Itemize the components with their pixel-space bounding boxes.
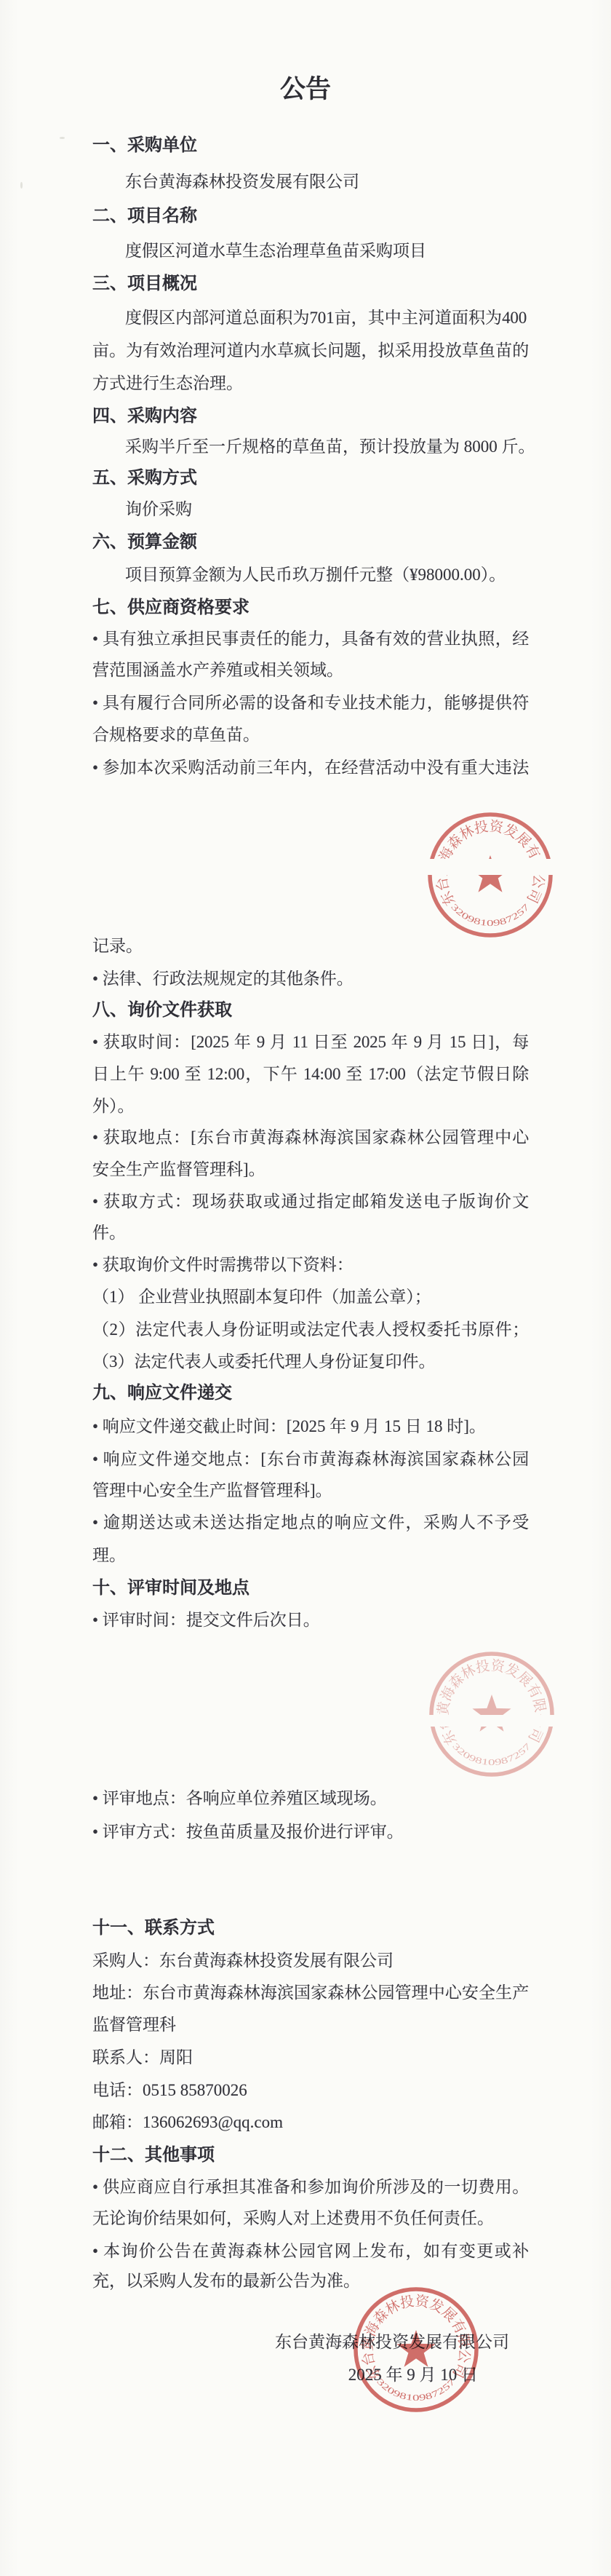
doc-line-39: • 逾期送达或未送达指定地点的响应文件，采购人不予受 xyxy=(92,1510,529,1537)
doc-line-33: （2）法定代表人身份证明或法定代表人授权委托书原件； xyxy=(92,1317,529,1344)
doc-line-26: 外）。 xyxy=(92,1094,135,1119)
doc-line-14: 项目预算金额为人民币玖万捌仟元整（¥98000.00）。 xyxy=(125,563,506,587)
doc-line-25: 日上午 9:00 至 12:00，下午 14:00 至 17:00（法定节假日除 xyxy=(92,1062,529,1088)
doc-line-56: 充，以采购人发布的最新公告为准。 xyxy=(92,2269,360,2294)
announcement-document: 公告一、采购单位东台黄海森林投资发展有限公司二、项目名称度假区河道水草生态治理草… xyxy=(0,0,611,2576)
doc-line-52: 十二、其他事项 xyxy=(92,2143,215,2168)
doc-line-34: （3）法定代表人或委托代理人身份证复印件。 xyxy=(92,1350,436,1374)
doc-line-45: 十一、联系方式 xyxy=(92,1916,215,1941)
doc-line-46: 采购人：东台黄海森林投资发展有限公司 xyxy=(92,1949,394,1973)
doc-line-53: • 供应商应自行承担其准备和参加询价所涉及的一切费用。 xyxy=(92,2175,529,2201)
doc-line-58: 2025 年 9 月 10 日 xyxy=(348,2363,478,2387)
page-title: 公告 xyxy=(0,74,611,106)
doc-line-5: 三、项目概况 xyxy=(92,272,197,296)
seal-ring xyxy=(430,815,551,935)
doc-line-37: • 响应文件递交地点：[东台市黄海森林海滨国家森林公园 xyxy=(92,1447,529,1473)
doc-line-3: 二、项目名称 xyxy=(92,204,197,229)
doc-line-29: • 获取方式：现场获取或通过指定邮箱发送电子版询价文 xyxy=(92,1189,529,1216)
doc-line-10: 采购半斤至一斤规格的草鱼苗，预计投放量为 8000 斤。 xyxy=(125,435,535,459)
scan-white-band-2 xyxy=(419,1715,566,1727)
svg-text:3209810987257: 3209810987257 xyxy=(450,1741,532,1767)
doc-line-12: 询价采购 xyxy=(125,497,192,522)
doc-line-47: 地址：东台市黄海森林海滨国家森林公园管理中心安全生产 xyxy=(92,1981,529,2007)
seal-company-text: 东台黄海森林投资发展有限公司 xyxy=(435,1658,548,1748)
doc-line-54: 无论询价结果如何，采购人对上述费用不负任何责任。 xyxy=(92,2206,494,2231)
doc-line-11: 五、采购方式 xyxy=(92,466,197,491)
doc-line-30: 件。 xyxy=(92,1221,126,1245)
doc-line-57: 东台黄海森林投资发展有限公司 xyxy=(275,2330,509,2355)
seal-code-text: 3209810987257 xyxy=(450,1741,532,1767)
svg-text:东台黄海森林投资发展有限公司: 东台黄海森林投资发展有限公司 xyxy=(435,1658,548,1748)
scan-white-band-1 xyxy=(418,859,564,875)
seal-code-text: 3209810987257 xyxy=(449,902,531,928)
doc-line-13: 六、预算金额 xyxy=(92,530,197,555)
doc-line-40: 理。 xyxy=(92,1543,126,1568)
doc-line-41: 十、评审时间及地点 xyxy=(92,1576,249,1601)
doc-line-1: 一、采购单位 xyxy=(92,133,197,158)
doc-line-15: 七、供应商资格要求 xyxy=(92,595,249,620)
doc-line-2: 东台黄海森林投资发展有限公司 xyxy=(125,170,359,194)
doc-line-50: 电话：0515 85870026 xyxy=(92,2078,247,2103)
doc-line-44: • 评审方式：按鱼苗质量及报价进行评审。 xyxy=(92,1820,404,1844)
doc-line-8: 方式进行生态治理。 xyxy=(92,371,243,396)
doc-line-35: 九、响应文件递交 xyxy=(92,1381,232,1406)
doc-line-21: 记录。 xyxy=(92,934,143,959)
doc-line-42: • 评审时间：提交文件后次日。 xyxy=(92,1608,320,1633)
doc-line-7: 亩。为有效治理河道内水草疯长问题，拟采用投放草鱼苗的 xyxy=(92,338,529,365)
company-seal-graphic: 东台黄海森林投资发展有限公司3209810987257 xyxy=(426,1649,557,1780)
seal-ring xyxy=(431,1654,552,1775)
doc-line-16: • 具有独立承担民事责任的能力，具备有效的营业执照，经 xyxy=(92,627,529,653)
doc-line-9: 四、采购内容 xyxy=(92,404,197,429)
doc-line-20: • 参加本次采购活动前三年内，在经营活动中没有重大违法 xyxy=(92,756,529,782)
doc-line-31: • 获取询价文件时需携带以下资料： xyxy=(92,1253,354,1277)
doc-line-6: 度假区内部河道总面积为701亩，其中主河道面积为400 xyxy=(125,306,527,332)
doc-line-48: 监督管理科 xyxy=(92,2013,176,2037)
doc-line-17: 营范围涵盖水产养殖或相关领域。 xyxy=(92,658,343,683)
doc-line-43: • 评审地点：各响应单位养殖区域现场。 xyxy=(92,1786,387,1811)
scan-speck xyxy=(60,137,65,139)
doc-line-27: • 获取地点：[东台市黄海森林海滨国家森林公园管理中心 xyxy=(92,1125,529,1152)
scan-speck xyxy=(20,182,23,189)
doc-line-55: • 本询价公告在黄海森林公园官网上发布，如有变更或补 xyxy=(92,2239,529,2265)
doc-line-24: • 获取时间：[2025 年 9 月 11 日至 2025 年 9 月 15 日… xyxy=(92,1030,529,1056)
doc-line-36: • 响应文件递交截止时间：[2025 年 9 月 15 日 18 时]。 xyxy=(92,1414,486,1439)
doc-line-49: 联系人：周阳 xyxy=(92,2045,193,2070)
doc-line-18: • 具有履行合同所必需的设备和专业技术能力，能够提供符 xyxy=(92,691,529,717)
svg-text:3209810987257: 3209810987257 xyxy=(449,902,531,928)
doc-line-51: 邮箱：136062693@qq.com xyxy=(92,2110,283,2135)
doc-line-28: 安全生产监督管理科]。 xyxy=(92,1157,265,1182)
doc-line-38: 管理中心安全生产监督管理科]。 xyxy=(92,1478,332,1503)
doc-line-32: （1） 企业营业执照副本复印件（加盖公章）； xyxy=(92,1285,431,1309)
doc-line-19: 合规格要求的草鱼苗。 xyxy=(92,723,260,748)
company-seal-graphic: 东台黄海森林投资发展有限公司3209810987257 xyxy=(425,809,556,940)
doc-line-4: 度假区河道水草生态治理草鱼苗采购项目 xyxy=(125,239,426,263)
company-seal-2: 东台黄海森林投资发展有限公司3209810987257 xyxy=(426,1649,557,1780)
doc-line-22: • 法律、行政法规规定的其他条件。 xyxy=(92,967,354,991)
company-seal-1: 东台黄海森林投资发展有限公司3209810987257 xyxy=(425,809,556,940)
doc-line-23: 八、询价文件获取 xyxy=(92,998,232,1023)
